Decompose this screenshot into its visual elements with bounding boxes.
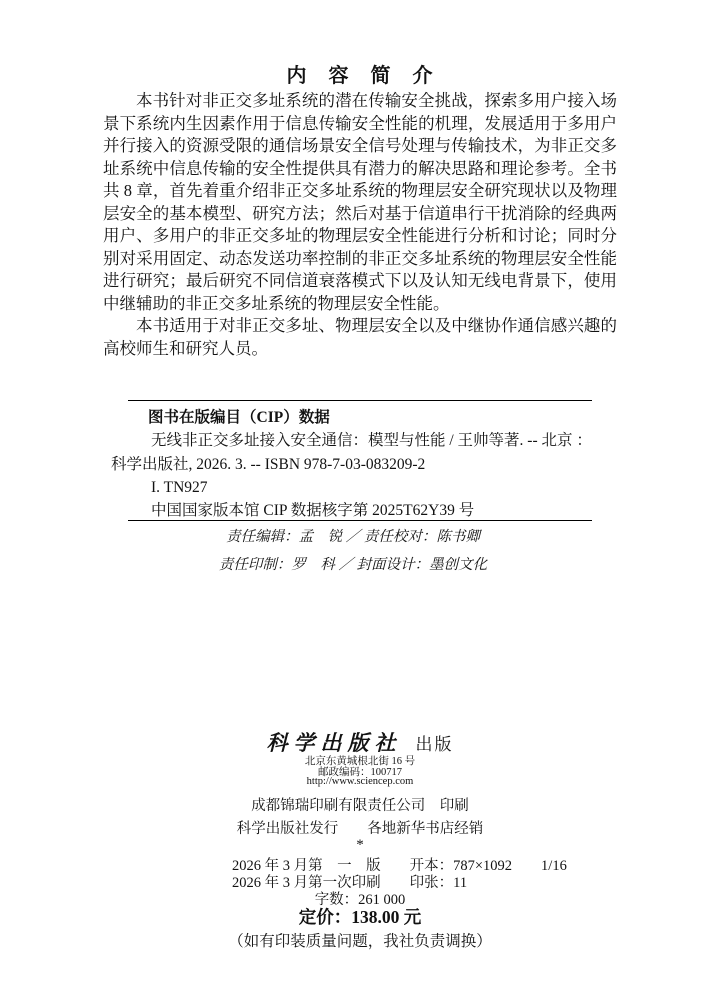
printer-line: 成都锦瑞印刷有限责任公司 印刷 [0,794,720,815]
content-summary-body: 本书针对非正交多址系统的潜在传输安全挑战，探索多用户接入场景下系统内生因素作用于… [103,90,617,360]
distribution-line: 科学出版社发行 各地新华书店经销 [0,817,720,838]
publisher-logo-suffix: 出版 [416,735,454,754]
quality-note-line: （如有印装质量问题，我社负责调换） [0,929,720,951]
cip-data-box: 图书在版编目（CIP）数据 无线非正交多址接入安全通信：模型与性能 / 王帅等著… [128,400,592,521]
copyright-page: 内 容 简 介 本书针对非正交多址系统的潜在传输安全挑战，探索多用户接入场景下系… [0,0,720,1000]
cip-classification-line: I. TN927 [111,476,592,499]
staff-editors-line: 责任编辑：孟 锐 ／ 责任校对：陈书卿 [0,523,706,551]
cip-record-number-line: 中国国家版本馆 CIP 数据核字第 2025T62Y39 号 [111,499,592,522]
cip-heading: 图书在版编目（CIP）数据 [111,406,592,429]
content-summary-paragraph-1: 本书针对非正交多址系统的潜在传输安全挑战，探索多用户接入场景下系统内生因素作用于… [103,90,617,315]
publisher-website: http://www.sciencep.com [0,776,720,787]
separator-star: * [0,838,720,853]
cip-publisher-line: 科学出版社, 2026. 3. -- ISBN 978-7-03-083209-… [111,453,592,476]
cip-title-line: 无线非正交多址接入安全通信：模型与性能 / 王帅等著. -- 北京 ： [111,429,592,452]
publisher-logo: 科学出版社 [267,730,402,755]
staff-credits: 责任编辑：孟 锐 ／ 责任校对：陈书卿 责任印制：罗 科 ／ 封面设计：墨创文化 [0,523,706,579]
staff-production-line: 责任印制：罗 科 ／ 封面设计：墨创文化 [0,551,706,579]
cip-text: 图书在版编目（CIP）数据 无线非正交多址接入安全通信：模型与性能 / 王帅等著… [111,401,592,522]
content-summary-title: 内 容 简 介 [0,59,720,88]
content-summary-paragraph-2: 本书适用于对非正交多址、物理层安全以及中继协作通信感兴趣的高校师生和研究人员。 [103,315,617,360]
price-line: 定价：138.00 元 [0,904,720,929]
